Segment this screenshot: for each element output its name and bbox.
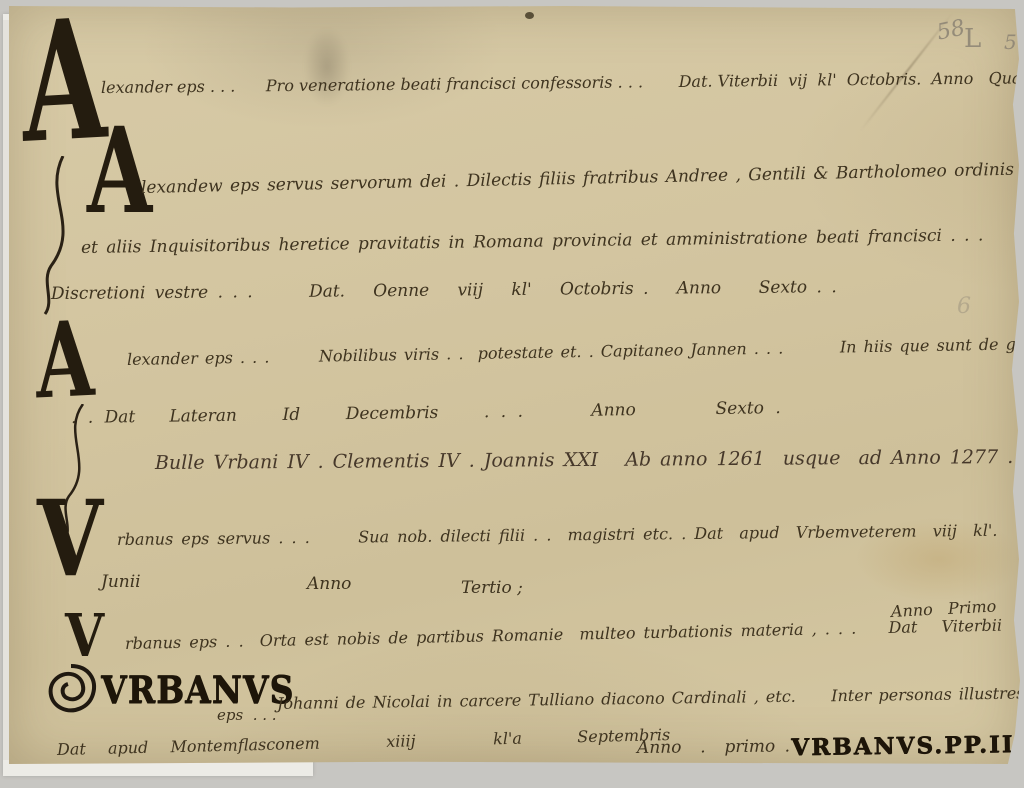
manuscript-page: 58 L 5 6 A lexander eps . . . Pro venera… bbox=[9, 6, 1020, 764]
scan-background: 58 L 5 6 A lexander eps . . . Pro venera… bbox=[0, 0, 1024, 788]
pencil-mark-58: 58 bbox=[935, 15, 968, 45]
entry6-line2-date: Dat apud Montemflasconem xiiij kl'a Sept… bbox=[57, 725, 671, 759]
pencil-mark-L: L bbox=[964, 24, 981, 54]
entry1-line1: lexander eps . . . Pro veneratione beati… bbox=[101, 68, 1024, 97]
heading-bulle-urbani: Bulle Vrbani IV . Clementis IV . Joannis… bbox=[155, 446, 1013, 474]
entry5-line1: rbanus eps . . Orta est nobis de partibu… bbox=[125, 613, 1024, 653]
entry4-word-tertio: Tertio ; bbox=[461, 578, 523, 598]
entry4-line1: rbanus eps servus . . . Sua nob. dilecti… bbox=[117, 521, 998, 549]
entry6-line2-anno: Anno . primo . bbox=[637, 736, 790, 758]
pencil-mark-5: 5 bbox=[1004, 30, 1017, 54]
entry6-eps: eps . . . bbox=[217, 706, 277, 724]
entry4-word-anno: Anno bbox=[307, 574, 351, 594]
entry4-word-junii: Junii bbox=[101, 572, 141, 592]
entry2-initial-A: A bbox=[87, 126, 152, 218]
entry3-initial-A: A bbox=[35, 319, 95, 403]
entry2-line1: lexandew eps servus servorum dei . Dilec… bbox=[141, 158, 1024, 198]
entry6-line1: Johanni de Nicolai in carcere Tulliano d… bbox=[277, 682, 1024, 713]
entry6-line2-vrbanvs-pp: VRBANVS.PP.IIII bbox=[791, 731, 1024, 761]
entry6-knot-flourish-icon bbox=[39, 658, 103, 722]
entry4-initial-V: V bbox=[37, 498, 103, 580]
ink-fleck bbox=[525, 12, 534, 19]
entry2-line2: et aliis Inquisitoribus heretice pravita… bbox=[81, 225, 984, 258]
entry3-line1: lexander eps . . . Nobilibus viris . . p… bbox=[127, 333, 1024, 369]
entry3-line2: . . Dat Lateran Id Decembris . . . Anno … bbox=[71, 398, 781, 428]
entry2-line3: Discretioni vestre . . . Dat. Oenne viij… bbox=[51, 277, 837, 304]
entry5-initial-V: V bbox=[65, 614, 104, 660]
pencil-mark-6: 6 bbox=[957, 294, 971, 319]
